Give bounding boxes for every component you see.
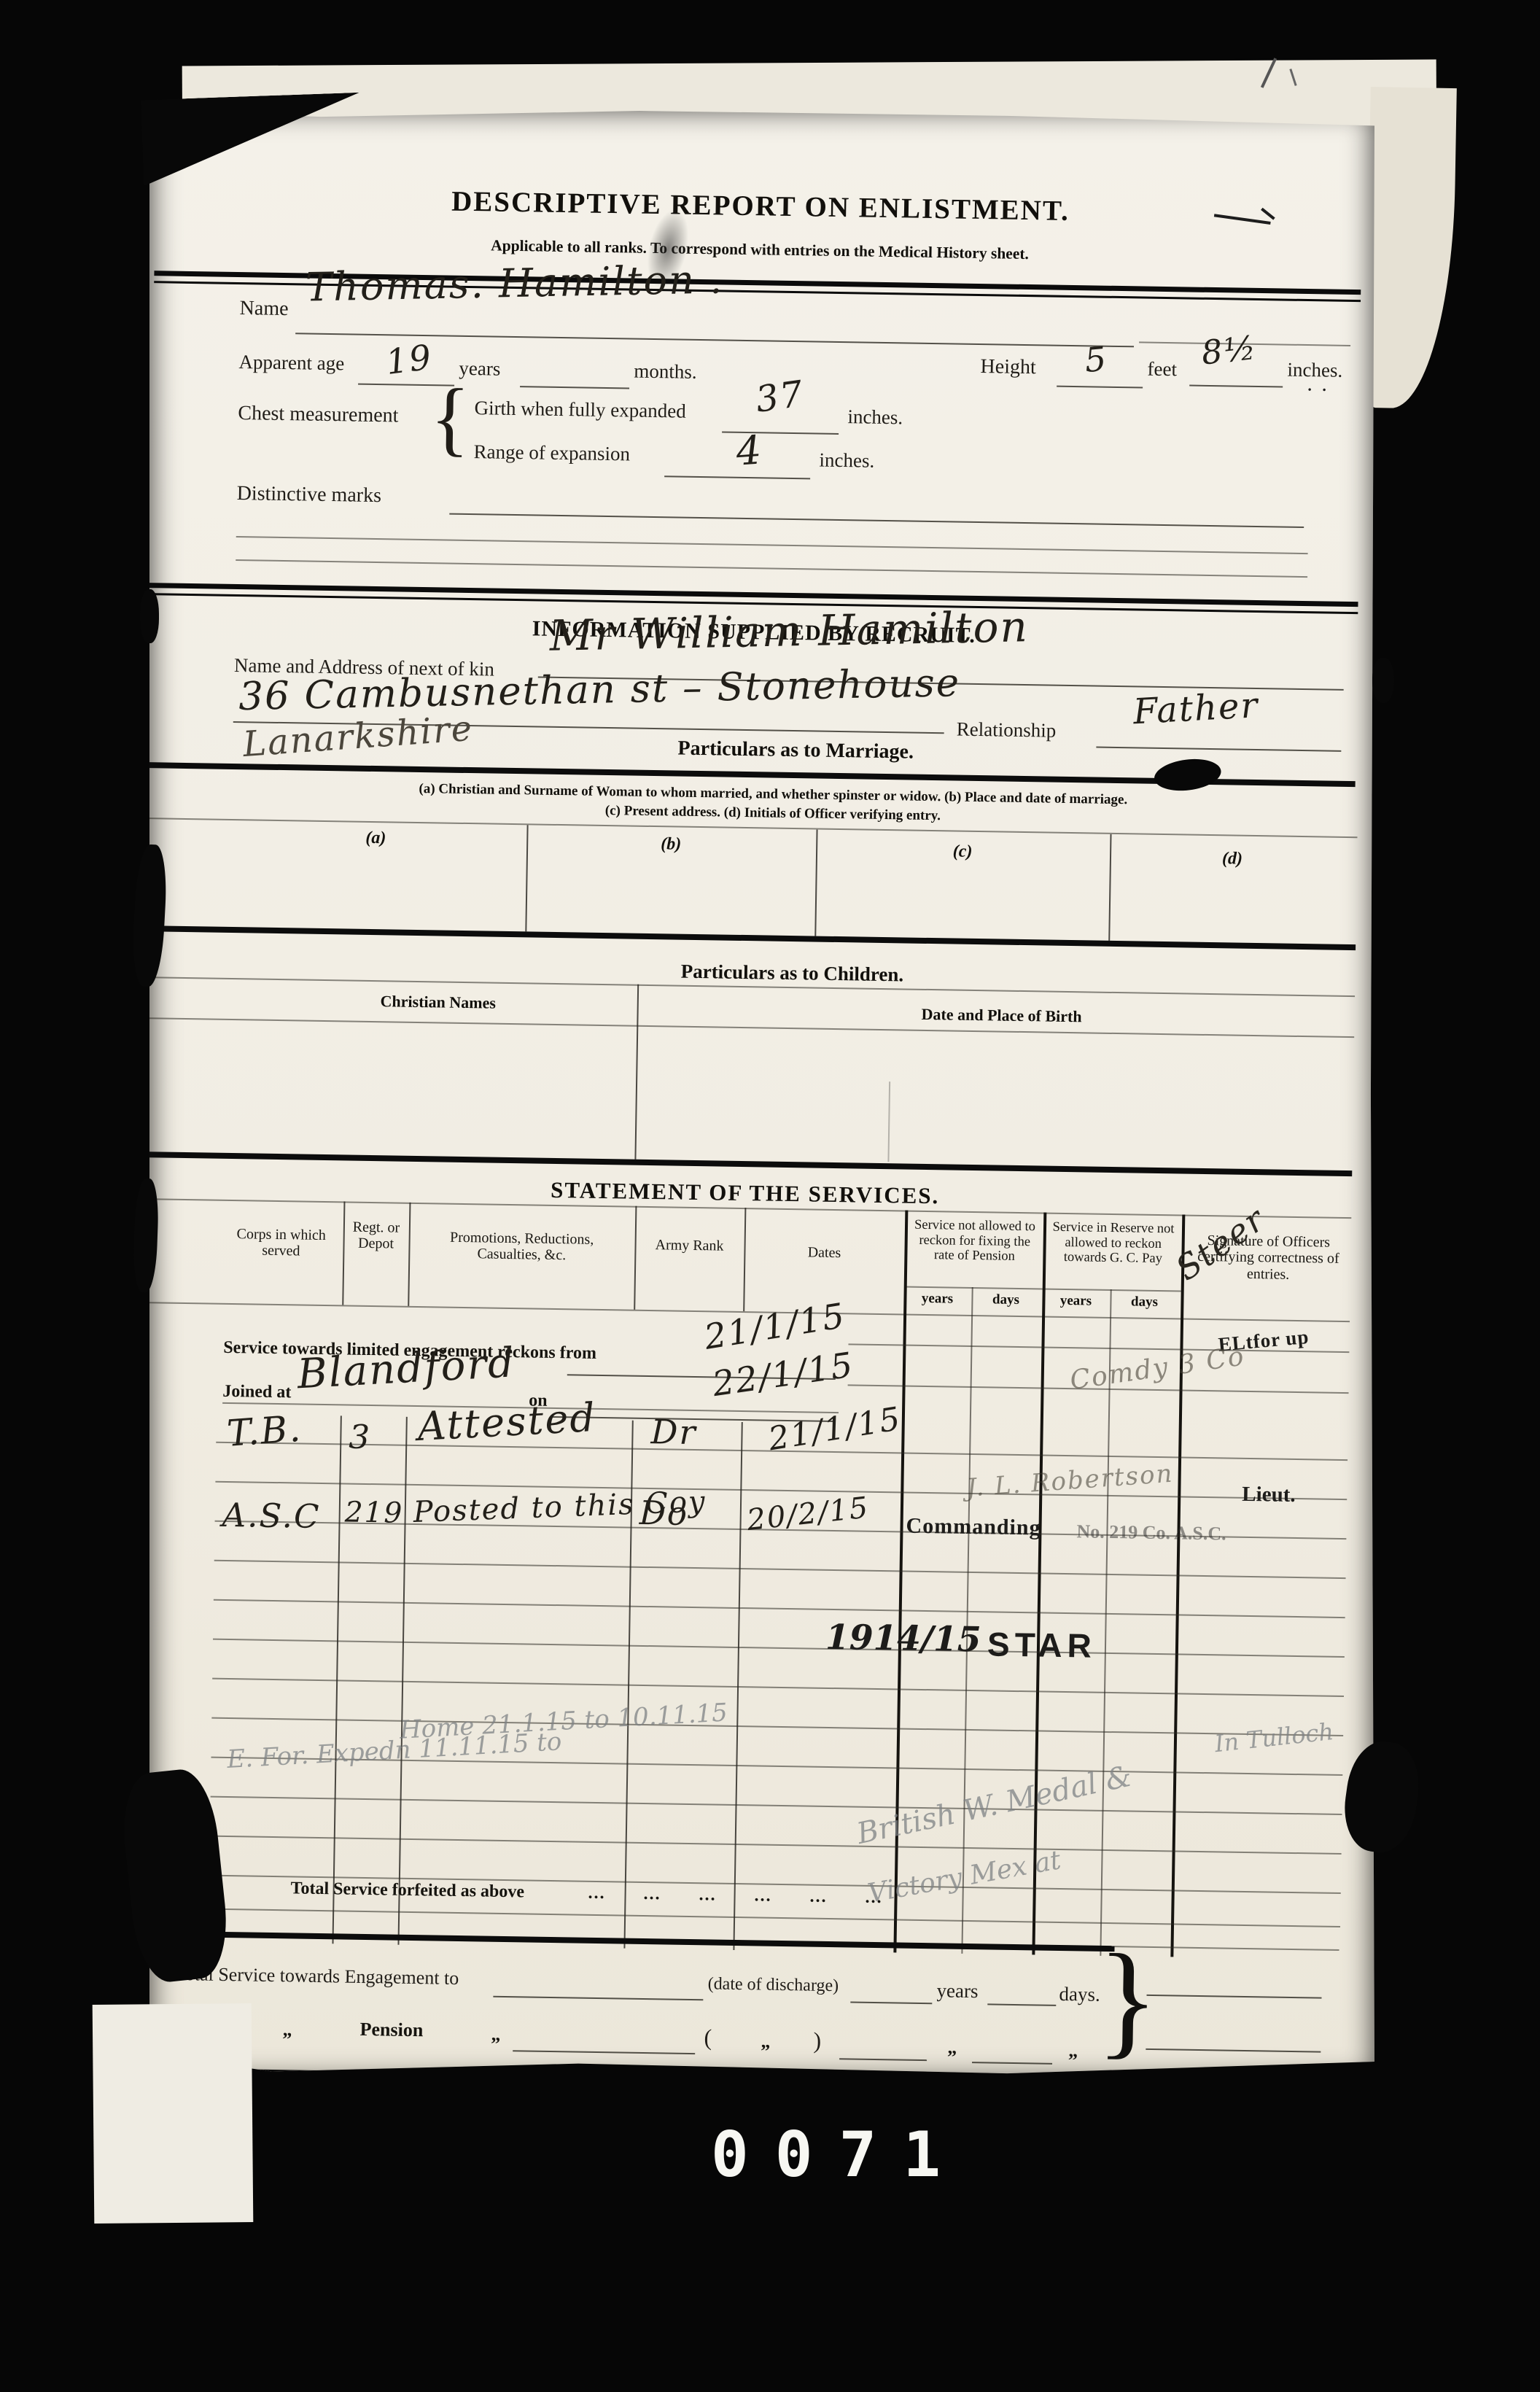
days-label: days. <box>1059 1983 1100 2006</box>
rule <box>149 1017 1354 1038</box>
totals-brace: } <box>1096 1935 1159 2065</box>
rule <box>149 1152 1352 1176</box>
range-value: 4 <box>734 427 764 474</box>
row-event: Attested <box>416 1394 597 1450</box>
relationship-value: Father <box>1132 685 1260 732</box>
table-divider <box>525 825 528 931</box>
ditto-mark: „ <box>947 2037 957 2059</box>
rule <box>839 2058 927 2061</box>
ditto-mark: „ <box>1068 2040 1078 2062</box>
rule <box>149 925 1356 950</box>
commanding-unit-stamp: No. 219 Co. A.S.C. <box>1076 1521 1226 1545</box>
commanding-stamp: Commanding <box>906 1514 1041 1541</box>
table-divider <box>1170 1214 1185 1957</box>
row-rank: Dr <box>650 1412 697 1452</box>
chest-brace: { <box>429 370 470 467</box>
engagement-total-label: Total Service towards Engagement to <box>175 1963 459 1989</box>
girth-label: Girth when fully expanded <box>474 397 686 423</box>
rule <box>493 1996 703 2001</box>
rule <box>201 2068 1338 2081</box>
years-label: years <box>936 1979 978 2003</box>
discharge-label: (date of discharge) <box>707 1974 839 1996</box>
joined-at-label: Joined at <box>222 1382 291 1402</box>
ditto-mark: „ <box>761 2031 770 2053</box>
row-date: 21/1/15 <box>766 1400 903 1458</box>
range-unit: inches. <box>819 449 874 473</box>
children-col-names: Christian Names <box>380 992 496 1012</box>
rule <box>236 559 1307 578</box>
pension-label: Pension <box>359 2019 423 2041</box>
rule <box>1057 386 1143 389</box>
rule <box>1146 1995 1321 1999</box>
enlistment-form-sheet: DESCRIPTIVE REPORT ON ENLISTMENT. Applic… <box>149 108 1374 2081</box>
rule <box>987 2003 1056 2005</box>
frame-counter: 0071 <box>711 2119 967 2191</box>
marriage-col-b: (b) <box>661 834 681 854</box>
forfeited-label: Total Service forfeited as above <box>290 1879 524 1902</box>
pen-arrow-mark <box>1214 214 1271 225</box>
rule <box>236 536 1308 554</box>
pencil-exped-service: E. For. Expedn 11.11.15 to <box>226 1727 562 1774</box>
children-col-birth: Date and Place of Birth <box>921 1005 1081 1026</box>
relationship-label: Relationship <box>957 718 1057 742</box>
rule <box>513 2050 695 2054</box>
ditto-mark: „ <box>282 2019 292 2040</box>
rule <box>520 386 629 389</box>
table-divider <box>634 1206 637 1310</box>
apparent-age-label: Apparent age <box>238 351 344 375</box>
ink-blob <box>1153 756 1223 794</box>
marriage-col-d: (d) <box>1222 849 1242 869</box>
star-stamp-word: STAR <box>987 1624 1097 1665</box>
months-label: months. <box>634 360 697 384</box>
col-rank: Army Rank <box>634 1237 744 1255</box>
rule <box>1146 2049 1321 2053</box>
rule <box>1189 385 1283 388</box>
edge-mark <box>1372 658 1394 703</box>
range-label: Range of expansion <box>473 440 630 465</box>
table-divider <box>1108 834 1111 941</box>
col-pension: Service not allowed to reckon for fixing… <box>907 1218 1042 1265</box>
name-value: Thomas. Hamilton . <box>306 256 724 310</box>
services-title: STATEMENT OF THE SERVICES. <box>380 1174 1109 1212</box>
rule <box>972 2062 1052 2065</box>
lieut-stamp: Lieut. <box>1242 1483 1296 1507</box>
paren-open: ( <box>704 2024 712 2051</box>
crease-line <box>887 1082 890 1162</box>
curled-page-edge <box>1365 87 1457 409</box>
row-corps: A.S.C <box>222 1496 321 1536</box>
rule <box>207 1932 1115 1952</box>
col-reserve: Service in Reserve not allowed to reckon… <box>1046 1220 1181 1267</box>
row-corps: T.B. <box>225 1407 303 1455</box>
apparent-age-value: 19 <box>384 338 435 383</box>
col-promotions: Promotions, Reductions, Casualties, &c. <box>417 1229 626 1265</box>
table-divider <box>342 1201 345 1305</box>
col-dates: Dates <box>744 1243 904 1262</box>
children-title: Particulars as to Children. <box>427 956 1156 990</box>
table-divider <box>814 830 817 936</box>
height-feet-value: 5 <box>1083 339 1109 381</box>
height-label: Height <box>980 355 1036 379</box>
height-inches-value: 8½ <box>1199 328 1259 373</box>
chest-label: Chest measurement <box>238 402 399 427</box>
row-depot: 3 <box>349 1418 371 1456</box>
marriage-col-c: (c) <box>953 842 973 861</box>
marriage-col-a: (a) <box>365 828 386 848</box>
rule <box>850 2001 932 2004</box>
star-stamp-year: 1914/15 <box>825 1618 981 1660</box>
distinctive-marks-label: Distinctive marks <box>236 482 381 508</box>
col-corps: Corps in which served <box>219 1226 343 1260</box>
ditto-mark: „ <box>491 2024 500 2046</box>
page-title: DESCRIPTIVE REPORT ON ENLISTMENT. <box>323 183 1199 230</box>
subcol-days: days <box>992 1292 1019 1308</box>
col-depot: Regt. or Depot <box>343 1219 409 1252</box>
subcol-years: years <box>1060 1293 1092 1310</box>
row-rank: Do <box>639 1494 688 1533</box>
girth-unit: inches. <box>847 405 903 429</box>
form-content: DESCRIPTIVE REPORT ON ENLISTMENT. Applic… <box>149 108 1374 2081</box>
pen-arrow-head <box>1261 208 1275 220</box>
table-divider <box>1032 1213 1046 1955</box>
pencil-signature: In Tulloch <box>1213 1717 1335 1758</box>
feet-label: feet <box>1147 358 1177 381</box>
subcol-years: years <box>922 1291 954 1308</box>
girth-value: 37 <box>753 373 807 421</box>
ink-dots: ·· <box>1306 378 1336 403</box>
rule <box>664 475 810 479</box>
film-label <box>93 2003 254 2224</box>
paren-close: ) <box>813 2027 821 2054</box>
table-divider <box>408 1203 411 1306</box>
subcol-days: days <box>1131 1294 1158 1310</box>
name-label: Name <box>239 297 288 321</box>
row-depot: 219 <box>344 1496 403 1530</box>
next-of-kin-value: Mr William Hamilton <box>549 602 1029 661</box>
forfeited-dots: ... ... ... ... ... ... <box>588 1884 882 1908</box>
table-divider <box>634 985 639 1160</box>
rule <box>449 513 1304 528</box>
edge-mark <box>140 589 159 643</box>
